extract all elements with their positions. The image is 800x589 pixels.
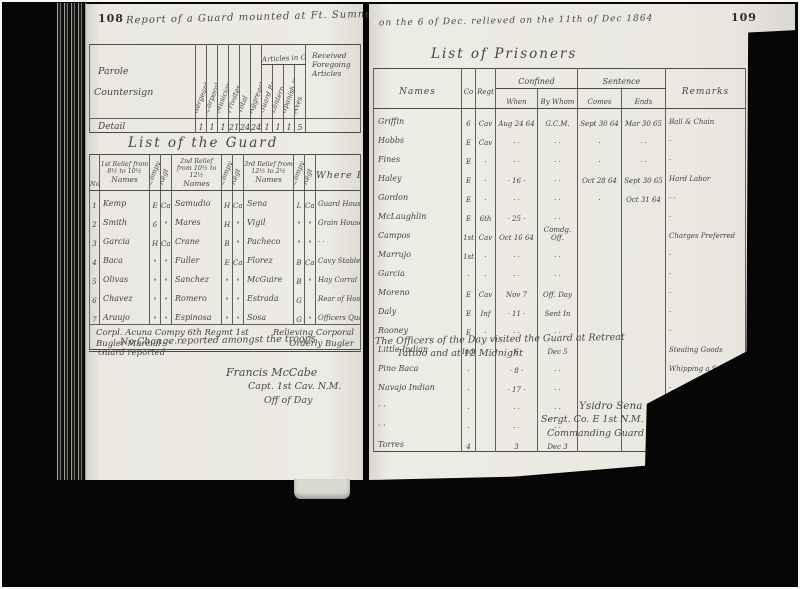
prisoner-name-cell: Moreno [374,288,410,297]
prisoner-co-cell: 1st [462,242,476,261]
prisoner-regt-cell [476,394,496,413]
detail-value: 1 [273,119,284,133]
prisoner-remarks-cell: Stealing Goods [666,346,723,354]
prisoner-comes-cell [578,223,622,242]
officer-signature-name: Francis McCabe [226,366,317,379]
prisoner-co-cell: E [462,166,476,185]
prisoner-by-whom-cell: · · [538,128,578,147]
compy-header: Compy [222,160,233,186]
prisoner-ends-cell [622,318,666,337]
relief1-header: 1st Relief from 8½ to 10½ [100,161,149,175]
prisoner-regt-cell: · [476,242,496,261]
guard-compy3-cell: B [294,267,305,286]
prisoner-remarks-cell [666,403,669,411]
guard-regt3-cell: " [305,229,316,248]
guard-name2-cell: Sanchez [172,275,209,284]
prisoner-row: Navajo Indian · · 17 · · · · [374,375,746,394]
col-axes: Axes [295,95,305,114]
guard-note-line2: Guard reported [98,348,165,358]
prisoner-regt-cell: 6th [476,204,496,223]
prisoners-table-body: Griffin 6 Cav Aug 24 64 G.C.M. Sept 30 6… [374,109,746,452]
prisoner-comes-cell: · [578,147,622,166]
prisoner-name-cell: Fines [374,155,400,164]
prisoner-remarks-cell: · [666,137,671,145]
prisoner-by-whom-cell: · · [538,185,578,204]
guard-compy2-cell: B [222,229,233,248]
sentence-comes-header: Comes [588,98,612,106]
prisoner-remarks-cell [666,422,669,430]
col-musicians: Musicians [218,78,229,114]
prisoner-ends-cell: Oct 31 64 [622,185,666,204]
prisoner-ends-cell [622,204,666,223]
prisoner-co-cell: · [462,394,476,413]
officer-signature-role: Off of Day [264,395,312,406]
prisoner-by-whom-cell: · · [538,204,578,223]
guard-row: 2 Smith 6 " Mares H " Vigil " " Grain Ho… [90,210,361,229]
prisoner-regt-cell: Cav [476,223,496,242]
prisoner-when-cell: · · [496,242,538,261]
guard-name1-cell: Olivas [100,275,128,284]
prisoner-name-cell: · · [374,402,386,411]
guard-regt3-cell: Cav [305,191,316,211]
guard-compy2-cell: H [222,191,233,211]
prisoner-regt-cell: · [476,261,496,280]
guard-compy1-cell: " [150,286,161,305]
guard-name2-cell: Samudio [172,199,210,208]
guard-no-cell: 4 [90,248,100,267]
detail-value: 1 [207,119,218,133]
guard-compy3-cell: G [294,286,305,305]
prisoner-ends-cell [622,356,666,375]
detail-value: 5 [295,119,306,133]
guard-regt2-cell: " [233,229,244,248]
prisoner-remarks-cell: · [666,156,671,164]
prisoner-when-cell: · · [496,128,538,147]
received-articles-label: Received Foregoing Articles [306,45,360,78]
guard-name1-cell: Chavez [100,294,133,303]
guard-regt3-cell: " [305,267,316,286]
prisoner-remarks-cell: · [666,289,671,297]
prisoner-co-cell: E [462,128,476,147]
col-privates: Privates [229,84,240,114]
page-number-right: 109 [731,11,757,24]
guard-compy2-cell: " [222,305,233,325]
parole-label: Parole [90,66,195,77]
prisoner-by-whom-cell: · · [538,394,578,413]
prisoner-row: Campos 1st Cav Oct 16 64 Comdg. Off. Cha… [374,223,746,242]
prisoner-by-whom-cell: · · [538,166,578,185]
prisoner-co-cell: E [462,147,476,166]
col-guard-book: Guard Book [262,72,273,114]
prisoner-remarks-cell: · [666,308,671,316]
prisoner-co-cell: 1st [462,223,476,242]
prisoner-name-cell: Griffin [374,117,404,126]
relief3-header: 3rd Relief from 12½ to 2½ [244,161,293,175]
prisoner-by-whom-cell: · · [538,147,578,166]
prisoner-ends-cell: Mar 30 65 [622,109,666,129]
guard-regt2-cell: Cav [233,248,244,267]
guard-row: 1 Kemp E Cav Samudio H Cav Sena L Cav Gu… [90,191,361,211]
prisoner-co-cell: E [462,185,476,204]
guard-row: 3 Garcia H Cav Crane B " Pacheco " " · · [90,229,361,248]
guard-name2-cell: Crane [172,237,200,246]
guard-name2-cell: Fuller [172,256,199,265]
prisoner-co-cell: E [462,299,476,318]
prisoner-by-whom-cell: · · [538,261,578,280]
guard-compy1-cell: " [150,248,161,267]
guard-compy1-cell: H [150,229,161,248]
col-corporals: Corporals [207,79,218,114]
guard-no-cell: 5 [90,267,100,286]
detail-value: 1 [262,119,273,133]
guard-no-cell: 7 [90,305,100,325]
guard-regt3-cell: " [305,210,316,229]
detail-value: 1 [284,119,295,133]
prisoner-remarks-cell: Charges Preferred [666,232,735,240]
prisoner-row: Garcia · · · · · · · [374,261,746,280]
guard-table-body: 1 Kemp E Cav Samudio H Cav Sena L Cav Gu… [90,191,361,325]
guard-name3-cell: Sena [244,199,267,208]
prisoner-name-cell: Gordon [374,193,408,202]
guard-no-header: No. [90,180,100,188]
guard-posted-cell: Grain House [316,219,361,227]
prisoner-co-cell: · [462,375,476,394]
guard-name3-cell: Sosa [244,313,266,322]
guard-name2-cell: Romero [172,294,207,303]
prisoner-remarks-cell: · · [666,194,676,202]
prisoner-comes-cell: · [578,185,622,204]
guard-posted-cell: Rear of Hospital [316,295,361,303]
guard-posted-cell: Officers Quarters [316,314,361,322]
regt-header: Regt [161,168,171,186]
prisoner-regt-cell: Cav [476,128,496,147]
guard-name1-cell: Garcia [100,237,130,246]
articles-in-charge-header: Articles in Charge [262,52,306,63]
guard-commander-signature-name: Ysidro Sena [579,400,643,412]
guard-row: 4 Baca " " Fuller E Cav Florez B Cav Cav… [90,248,361,267]
prisoner-ends-cell [622,299,666,318]
prisoners-names-header: Names [399,87,436,97]
relief3-names-label: Names [244,175,293,184]
prisoner-name-cell: Torres [374,440,404,449]
prisoner-comes-cell [578,261,622,280]
prisoner-row: Daly E Inf · 11 · Sent In · [374,299,746,318]
prisoner-by-whom-cell: Off. Day [538,280,578,299]
guard-regt2-cell: " [233,267,244,286]
guard-regt3-cell: " [305,305,316,325]
prisoner-regt-cell [476,375,496,394]
prisoner-regt-cell: · [476,185,496,204]
guard-table: No. 1st Relief from 8½ to 10½ Names Comp… [89,154,361,352]
col-lantern: Lantern [273,85,284,114]
guard-no-cell: 1 [90,191,100,211]
col-total: Total [240,95,250,114]
guard-regt3-cell [305,286,316,305]
guard-compy2-cell: E [222,248,233,267]
prisoner-name-cell: Campos [374,231,411,240]
prisoner-ends-cell: · · [622,147,666,166]
report-header-left: Report of a Guard mounted at Ft. Sumner [126,9,378,27]
guard-compy3-cell: B [294,248,305,267]
guard-name1-cell: Kemp [100,199,126,208]
col-spanish-key: Spanish Key [284,71,295,114]
guard-posted-cell: Hay Corral [316,276,357,284]
detail-value: 1 [196,119,207,133]
prisoner-when-cell: · 16 · [496,166,538,185]
guard-name1-cell: Smith [100,218,127,227]
guard-posted-cell: Cavy Stables [316,257,361,265]
prisoner-when-cell: Oct 16 64 [496,223,538,242]
prisoners-regt-header: Regt [477,88,494,96]
guard-regt2-cell: " [233,210,244,229]
guard-name3-cell: Estrada [244,294,279,303]
prisoner-when-cell: · · [496,413,538,432]
prisoner-remarks-cell: Ball & Chain [666,118,714,126]
prisoner-remarks-cell: Hard Labor [666,175,710,183]
detail-value: 21 [229,119,240,133]
guard-regt2-cell: " [233,286,244,305]
prisoner-regt-cell: Inf [476,299,496,318]
page-edge-tab [294,479,350,499]
detail-table: Parole Countersign Sergeants Corporals M… [89,44,361,133]
prisoner-ends-cell [622,223,666,242]
prisoners-remarks-header: Remarks [682,87,729,97]
prisoner-when-cell: · · [496,185,538,204]
prisoner-name-cell: Garcia [374,269,405,278]
prisoner-comes-cell [578,299,622,318]
prisoner-by-whom-cell: · · [538,375,578,394]
prisoner-regt-cell: · [476,147,496,166]
prisoner-comes-cell: · [578,128,622,147]
relief1-names-label: Names [100,175,149,184]
prisoner-row: Gordon E · · · · · · Oct 31 64 · · [374,185,746,204]
prisoner-ends-cell: Sept 30 65 [622,166,666,185]
prisoner-ends-cell [622,280,666,299]
prisoner-comes-cell [578,204,622,223]
prisoner-remarks-cell: · [666,213,671,221]
guard-row: 5 Olivas " " Sanchez " " McGuire B " Hay… [90,267,361,286]
prisoners-confined-header: Confined [518,77,554,86]
prisoner-regt-cell: · [476,166,496,185]
relief2-names-label: Names [172,179,221,188]
guard-compy3-cell: L [294,191,305,211]
col-aggregate: Aggregate [251,77,262,114]
guard-regt1-cell: Cav [161,229,172,248]
prisoner-co-cell: E [462,280,476,299]
prisoner-name-cell: Pino Baca [374,364,418,373]
prisoner-ends-cell [622,337,666,356]
prisoner-by-whom-cell: Comdg. Off. [538,223,578,242]
guard-compy3-cell: " [294,210,305,229]
officer-signature-rank: Capt. 1st Cav. N.M. [248,381,341,392]
prisoner-comes-cell [578,280,622,299]
detail-value: 24 [240,119,251,133]
compy-header: Compy [150,160,161,186]
prisoner-remarks-cell: · [666,270,671,278]
confined-when-header: When [506,98,526,106]
prisoner-row: Griffin 6 Cav Aug 24 64 G.C.M. Sept 30 6… [374,109,746,129]
guard-compy3-cell: " [294,229,305,248]
prisoner-regt-cell: Cav [476,109,496,129]
guard-no-cell: 6 [90,286,100,305]
guard-list-title: List of the Guard [128,135,278,151]
prisoner-remarks-cell: · [666,327,671,335]
prisoner-row: McLaughlin E 6th · 25 · · · · [374,204,746,223]
prisoner-by-whom-cell: Sent In [538,299,578,318]
relief2-header: 2nd Relief from 10½ to 12½ [172,158,221,179]
prisoner-by-whom-cell: G.C.M. [538,109,578,129]
prisoner-row: Marrujo 1st · · · · · · [374,242,746,261]
page-left: 108 Report of a Guard mounted at Ft. Sum… [86,4,363,480]
prisoners-sentence-header: Sentence [603,77,641,86]
prisoner-co-cell: · [462,261,476,280]
prisoner-comes-cell [578,375,622,394]
guard-name3-cell: Florez [244,256,273,265]
prisoner-row: Haley E · · 16 · · · Oct 28 64 Sept 30 6… [374,166,746,185]
guard-regt1-cell: Cav [161,191,172,211]
prisoner-name-cell: Navajo Indian [374,383,435,392]
guard-no-cell: 3 [90,229,100,248]
guard-regt3-cell: Cav [305,248,316,267]
guard-name3-cell: Vigil [244,218,265,227]
prisoner-name-cell: Hobbs [374,136,404,145]
guard-compy1-cell: 6 [150,210,161,229]
prisoner-when-cell: Aug 24 64 [496,109,538,129]
guard-compy2-cell: H [222,210,233,229]
guard-name2-cell: Mares [172,218,201,227]
book-spine-page-edges [56,3,86,480]
guard-name3-cell: McGuire [244,275,282,284]
prisoner-co-cell: 4 [462,432,476,452]
guard-commander-signature-rank: Sergt. Co. E 1st N.M. Vols [541,414,666,425]
prisoners-table: Names Co Regt Confined Sentence Remarks … [373,68,746,452]
col-sergeants: Sergeants [196,78,207,114]
guard-compy2-cell: " [222,267,233,286]
prisoner-row: · · · · · · · [374,394,746,413]
prisoner-when-cell: · 11 · [496,299,538,318]
guard-compy3-cell: G [294,305,305,325]
prisoner-when-cell: · 17 · [496,375,538,394]
guard-compy1-cell: " [150,305,161,325]
prisoner-when-cell: · · [496,261,538,280]
page-number-left: 108 [98,12,124,25]
prisoner-name-cell: Daly [374,307,396,316]
guard-compy1-cell: " [150,267,161,286]
prisoner-remarks-cell: · [666,251,671,259]
detail-value: 1 [218,119,229,133]
prisoners-list-title: List of Prisoners [431,46,577,62]
guard-regt1-cell: " [161,305,172,325]
officers-visit-note-line2: Tattoo and at 12 Midnight [397,348,523,359]
scanned-ledger-spread: 108 Report of a Guard mounted at Ft. Sum… [0,0,800,589]
compy-header: Compy [294,160,305,186]
prisoners-co-header: Co [464,88,474,96]
prisoner-regt-cell [476,432,496,452]
prisoner-when-cell: · · [496,147,538,166]
guard-posted-cell: · · [316,238,325,246]
prisoner-by-whom-cell: · · [538,242,578,261]
guard-no-cell: 2 [90,210,100,229]
prisoner-remarks-cell: Whipping a Soldier [666,365,737,373]
prisoner-when-cell: · 25 · [496,204,538,223]
guard-regt1-cell: " [161,267,172,286]
detail-row-label: Detail [90,122,195,132]
guard-regt1-cell: " [161,286,172,305]
prisoner-co-cell: 6 [462,109,476,129]
prisoner-remarks-cell [666,441,669,449]
confined-by-whom-header: By Whom [541,98,575,106]
guard-name3-cell: Pacheco [244,237,280,246]
prisoner-row: Moreno E Cav Nov 7 Off. Day · [374,280,746,299]
prisoner-comes-cell [578,356,622,375]
regt-header: Regt [233,168,243,186]
prisoner-name-cell: · · [374,421,386,430]
prisoner-comes-cell: Sept 30 64 [578,109,622,129]
guard-row: 7 Araujo " " Espinosa " " Sosa G " Offic… [90,305,361,325]
prisoner-name-cell: Haley [374,174,402,183]
prisoner-name-cell: Marrujo [374,250,411,259]
report-header-right: on the 6 of Dec. relieved on the 11th of… [379,14,653,29]
prisoner-when-cell: 3 [496,432,538,452]
prisoner-co-cell: E [462,204,476,223]
guard-name1-cell: Baca [100,256,123,265]
prisoner-comes-cell: Oct 28 64 [578,166,622,185]
prisoner-ends-cell: · · [622,128,666,147]
guard-posted-cell: Guard House [316,200,361,208]
prisoner-row: Hobbs E Cav · · · · · · · · [374,128,746,147]
prisoner-co-cell: · [462,413,476,432]
page-right: 109 on the 6 of Dec. relieved on the 11t… [369,4,795,480]
prisoner-ends-cell [622,242,666,261]
guard-regt2-cell: Cav [233,191,244,211]
prisoner-by-whom-cell: · · [538,356,578,375]
prisoner-comes-cell [578,242,622,261]
detail-value: 24 [251,119,262,133]
prisoner-regt-cell: Cav [476,280,496,299]
guard-row: 6 Chavez " " Romero " " Estrada G Rear o… [90,286,361,305]
sentence-ends-header: Ends [635,98,653,106]
prisoner-ends-cell [622,261,666,280]
guard-commander-signature-role: Commanding Guard [547,428,644,439]
guard-name1-cell: Araujo [100,313,130,322]
guard-regt2-cell: " [233,305,244,325]
countersign-label: Countersign [90,87,195,98]
regt-header: Regt [305,168,315,186]
guard-compy1-cell: E [150,191,161,211]
prisoner-when-cell: · · [496,394,538,413]
guard-name2-cell: Espinosa [172,313,211,322]
prisoner-row: Fines E · · · · · · · · · [374,147,746,166]
guard-regt1-cell: " [161,210,172,229]
prisoner-regt-cell [476,413,496,432]
prisoner-remarks-cell: · [666,384,671,392]
guard-compy2-cell: " [222,286,233,305]
guard-regt1-cell: " [161,248,172,267]
where-posted-header: Where Posted [316,170,361,181]
prisoner-when-cell: Nov 7 [496,280,538,299]
prisoner-name-cell: Rooney [374,326,408,335]
prisoner-name-cell: McLaughlin [374,212,426,221]
prisoner-ends-cell [622,375,666,394]
